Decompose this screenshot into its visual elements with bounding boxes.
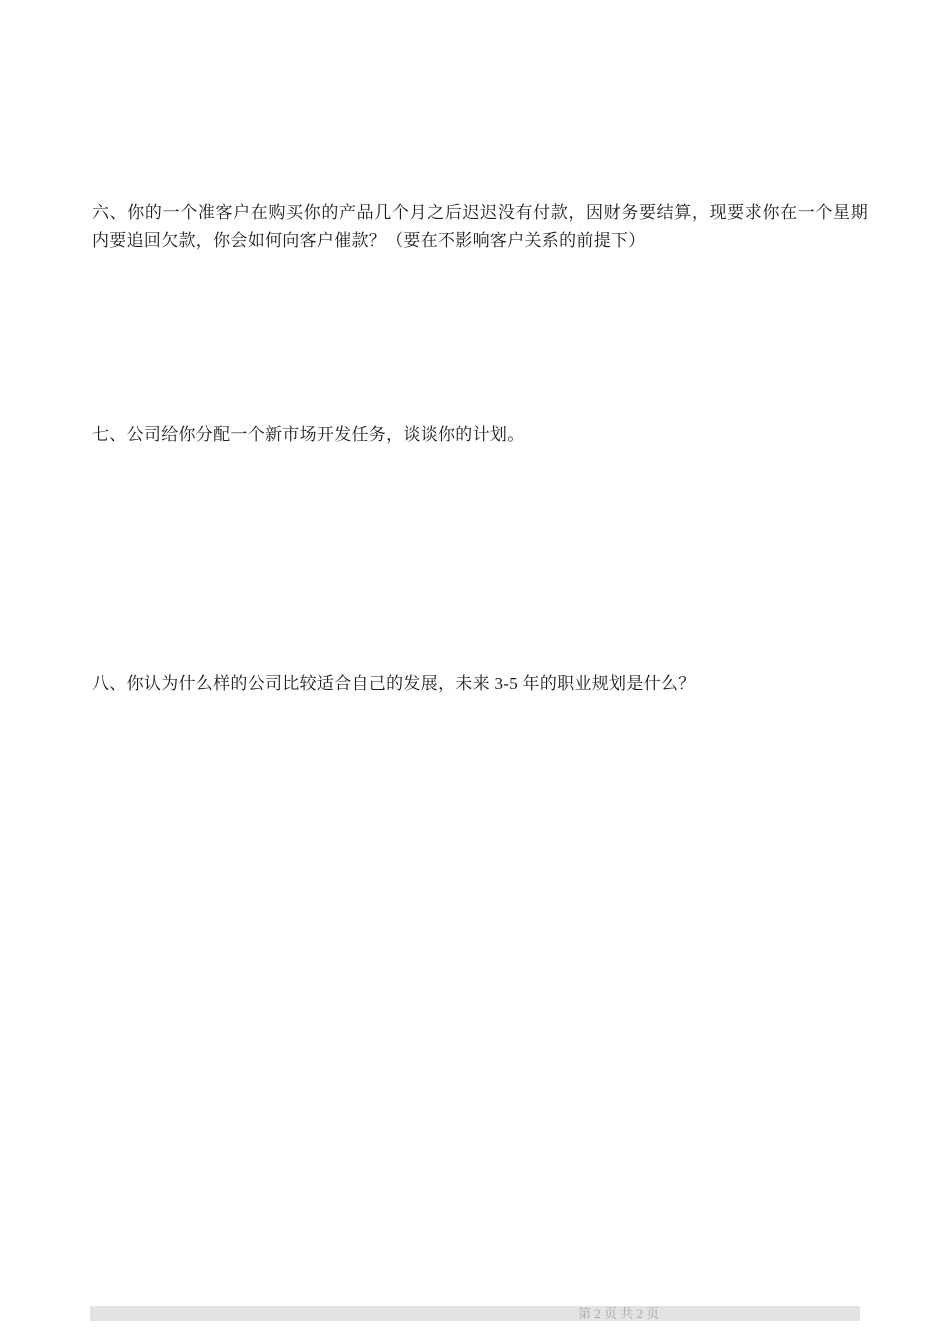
document-page: 六、你的一个准客户在购买你的产品几个月之后迟迟没有付款，因财务要结算，现要求你在…	[0, 0, 950, 1344]
question-item-8: 八、你认为什么样的公司比较适合自己的发展，未来 3-5 年的职业规划是什么？	[92, 670, 868, 698]
page-footer-bar: 第 2 页 共 2 页	[90, 1306, 860, 1321]
question-item-7: 七、公司给你分配一个新市场开发任务，谈谈你的计划。	[92, 421, 868, 449]
page-number-text: 第 2 页 共 2 页	[578, 1306, 659, 1321]
question-item-6: 六、你的一个准客户在购买你的产品几个月之后迟迟没有付款，因财务要结算，现要求你在…	[92, 199, 868, 255]
